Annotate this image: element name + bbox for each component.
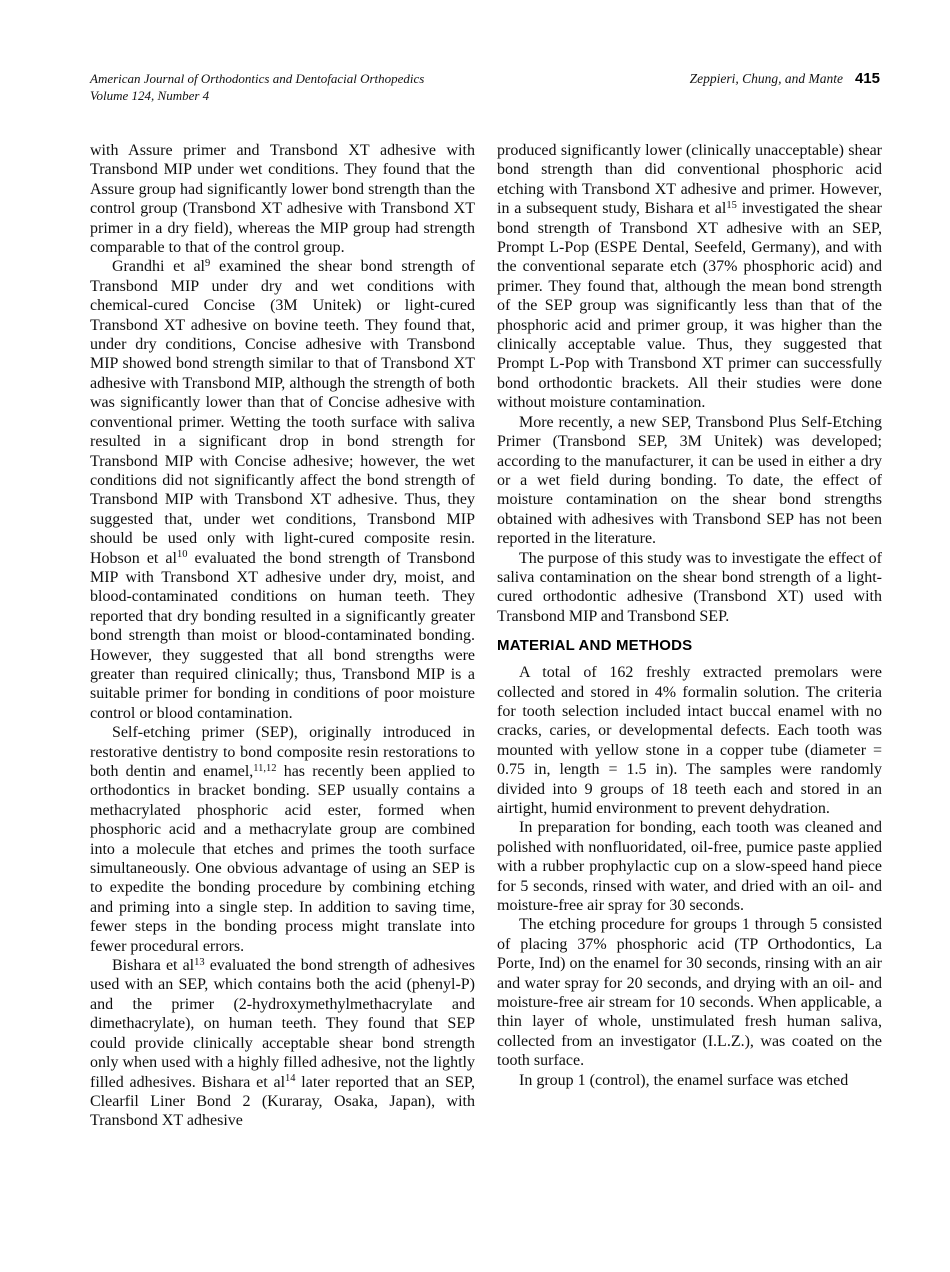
paragraph: Bishara et al13 evaluated the bond stren… bbox=[90, 956, 475, 1131]
journal-title: American Journal of Orthodontics and Den… bbox=[90, 70, 424, 87]
paragraph: produced significantly lower (clinically… bbox=[497, 141, 882, 413]
paragraph: In group 1 (control), the enamel surface… bbox=[497, 1071, 882, 1090]
journal-page: American Journal of Orthodontics and Den… bbox=[0, 0, 950, 1272]
running-head-right: Zeppieri, Chung, and Mante415 bbox=[690, 70, 880, 87]
section-heading: MATERIAL AND METHODS bbox=[497, 637, 882, 655]
left-column: with Assure primer and Transbond XT adhe… bbox=[90, 141, 475, 1131]
paragraph: The etching procedure for groups 1 throu… bbox=[497, 915, 882, 1070]
journal-volume-issue: Volume 124, Number 4 bbox=[90, 87, 424, 104]
paragraph: Grandhi et al9 examined the shear bond s… bbox=[90, 257, 475, 723]
article-body: with Assure primer and Transbond XT adhe… bbox=[90, 141, 882, 1131]
paragraph: In preparation for bonding, each tooth w… bbox=[497, 818, 882, 915]
running-authors: Zeppieri, Chung, and Mante bbox=[690, 71, 843, 86]
journal-identification: American Journal of Orthodontics and Den… bbox=[90, 70, 424, 104]
reference-superscript: 15 bbox=[726, 200, 737, 211]
paragraph: More recently, a new SEP, Transbond Plus… bbox=[497, 413, 882, 549]
reference-superscript: 13 bbox=[194, 957, 205, 968]
paragraph: with Assure primer and Transbond XT adhe… bbox=[90, 141, 475, 257]
page-number: 415 bbox=[855, 70, 880, 87]
reference-superscript: 9 bbox=[205, 258, 210, 269]
reference-superscript: 14 bbox=[285, 1073, 296, 1084]
right-column: produced significantly lower (clinically… bbox=[497, 141, 882, 1131]
paragraph: A total of 162 freshly extracted premola… bbox=[497, 663, 882, 818]
reference-superscript: 10 bbox=[177, 549, 188, 560]
running-header: American Journal of Orthodontics and Den… bbox=[90, 70, 880, 104]
reference-superscript: 11,12 bbox=[253, 763, 276, 774]
paragraph: Self-etching primer (SEP), originally in… bbox=[90, 723, 475, 956]
paragraph: The purpose of this study was to investi… bbox=[497, 549, 882, 627]
